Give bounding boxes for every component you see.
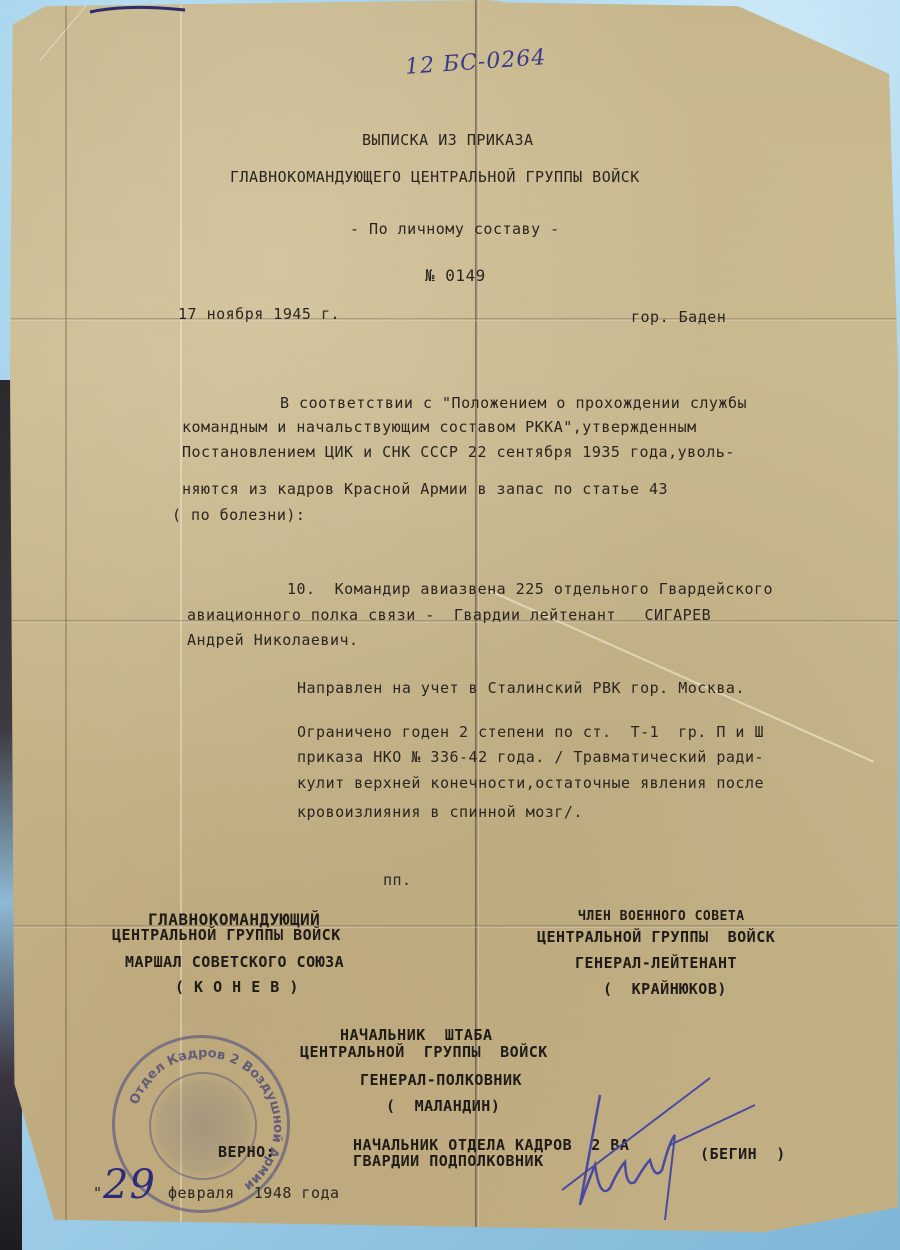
item-line: Андрей Николаевич. bbox=[187, 633, 359, 648]
right-signatory-title: ЧЛЕН ВОЕННОГО СОВЕТА bbox=[578, 910, 745, 923]
order-number: № 0149 bbox=[425, 268, 486, 284]
handwritten-day: 29 bbox=[103, 1162, 156, 1208]
ink-stroke-icon bbox=[85, 2, 195, 22]
order-date: 17 ноября 1945 г. bbox=[178, 307, 340, 322]
preamble-line: Постановлением ЦИК и СНК СССР 22 сентябр… bbox=[182, 445, 735, 460]
preamble-line: ( по болезни): bbox=[172, 508, 305, 523]
date-quote: " bbox=[93, 1186, 103, 1201]
officer-rank-line: ГВАРДИИ ПОДПОЛКОВНИК bbox=[353, 1154, 544, 1169]
center-signatory-rank: ГЕНЕРАЛ-ПОЛКОВНИК bbox=[360, 1073, 522, 1088]
center-signatory-unit: ЦЕНТРАЛЬНОЙ ГРУППЫ ВОЙСК bbox=[300, 1045, 548, 1060]
right-signatory-rank: ГЕНЕРАЛ-ЛЕЙТЕНАНТ bbox=[575, 956, 737, 971]
item-line: авиационного полка связи - Гвардии лейте… bbox=[187, 608, 711, 623]
right-signatory-unit: ЦЕНТРАЛЬНОЙ ГРУППЫ ВОЙСК bbox=[537, 930, 775, 945]
title-line-2: ГЛАВНОКОМАНДУЮЩЕГО ЦЕНТРАЛЬНОЙ ГРУППЫ ВО… bbox=[230, 170, 640, 185]
fold-line bbox=[65, 0, 67, 1232]
fold-line bbox=[10, 318, 898, 321]
pp-mark: пп. bbox=[383, 873, 412, 888]
center-signatory-title: НАЧАЛЬНИК ШТАБА bbox=[340, 1028, 493, 1043]
center-signatory-name: ( МАЛАНДИН) bbox=[386, 1099, 500, 1114]
preamble-line: командным и начальствующим составом РККА… bbox=[182, 420, 697, 435]
right-signatory-name: ( КРАЙНЮКОВ) bbox=[603, 982, 727, 997]
subtitle: - По личному составу - bbox=[350, 222, 560, 237]
preamble-line: В соответствии с "Положением о прохожден… bbox=[280, 396, 747, 411]
preamble-line: няются из кадров Красной Армии в запас п… bbox=[182, 482, 668, 497]
verno-label: ВЕРНО: bbox=[218, 1145, 275, 1160]
directed-to: Направлен на учет в Сталинский РВК гор. … bbox=[297, 681, 745, 696]
limitation-line: кулит верхней конечности,остаточные явле… bbox=[297, 776, 764, 791]
limitation-line: приказа НКО № 336-42 года. / Травматичес… bbox=[297, 750, 764, 765]
limitation-line: кровоизлияния в спинной мозг/. bbox=[297, 805, 583, 820]
order-place: гор. Баден bbox=[631, 310, 726, 325]
handwritten-signature-icon bbox=[560, 1070, 760, 1230]
limitation-line: Ограничено годен 2 степени по ст. Т-1 гр… bbox=[297, 725, 764, 740]
item-line: 10. Командир авиазвена 225 отдельного Гв… bbox=[287, 582, 773, 597]
title-line-1: ВЫПИСКА ИЗ ПРИКАЗА bbox=[362, 133, 534, 148]
left-signatory-name: ( К О Н Е В ) bbox=[175, 980, 299, 995]
left-signatory-unit: ЦЕНТРАЛЬНОЙ ГРУППЫ ВОЙСК bbox=[112, 928, 341, 943]
certification-date: февраля 1948 года bbox=[168, 1186, 340, 1201]
left-signatory-rank: МАРШАЛ СОВЕТСКОГО СОЮЗА bbox=[125, 955, 344, 970]
